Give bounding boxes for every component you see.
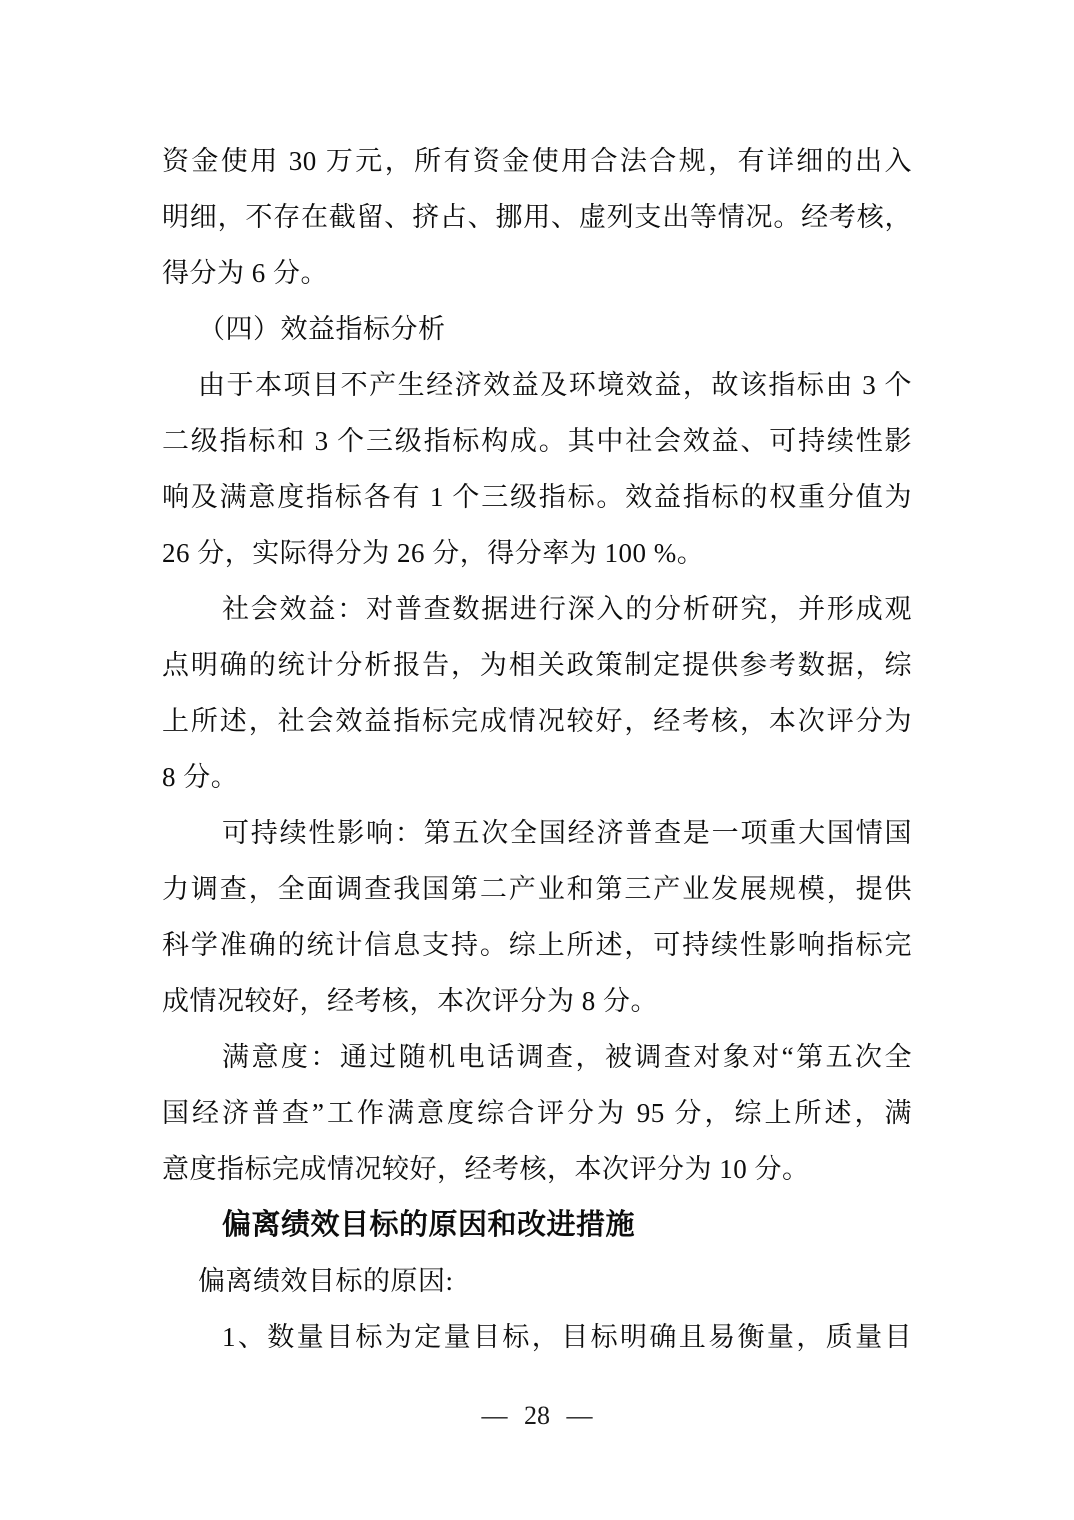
section-heading: （四）效益指标分析 <box>162 301 912 357</box>
body-line: 科学准确的统计信息支持。综上所述，可持续性影响指标完 <box>162 917 912 973</box>
body-line: 可持续性影响：第五次全国经济普查是一项重大国情国 <box>162 805 912 861</box>
body-line: 响及满意度指标各有 1 个三级指标。效益指标的权重分值为 <box>162 469 912 525</box>
body-line: 得分为 6 分。 <box>162 245 912 301</box>
subsection-label: 偏离绩效目标的原因: <box>162 1253 912 1309</box>
body-line: 点明确的统计分析报告，为相关政策制定提供参考数据，综 <box>162 637 912 693</box>
body-line: 社会效益：对普查数据进行深入的分析研究，并形成观 <box>162 581 912 637</box>
chapter-heading: 偏离绩效目标的原因和改进措施 <box>162 1197 912 1253</box>
body-line: 满意度：通过随机电话调查，被调查对象对“第五次全 <box>162 1029 912 1085</box>
body-line: 资金使用 30 万元，所有资金使用合法合规，有详细的出入 <box>162 133 912 189</box>
list-item: 1、数量目标为定量目标，目标明确且易衡量，质量目 <box>162 1309 912 1365</box>
body-line: 由于本项目不产生经济效益及环境效益，故该指标由 3 个 <box>162 357 912 413</box>
body-line: 8 分。 <box>162 749 912 805</box>
body-line: 国经济普查”工作满意度综合评分为 95 分，综上所述，满 <box>162 1085 912 1141</box>
body-line: 二级指标和 3 个三级指标构成。其中社会效益、可持续性影 <box>162 413 912 469</box>
body-line: 26 分，实际得分为 26 分，得分率为 100 %。 <box>162 525 912 581</box>
page-body-text: 资金使用 30 万元，所有资金使用合法合规，有详细的出入 明细，不存在截留、挤占… <box>162 133 912 1365</box>
body-line: 上所述，社会效益指标完成情况较好，经考核，本次评分为 <box>162 693 912 749</box>
body-line: 成情况较好，经考核，本次评分为 8 分。 <box>162 973 912 1029</box>
body-line: 意度指标完成情况较好，经考核，本次评分为 10 分。 <box>162 1141 912 1197</box>
page-number: — 28 — <box>0 1398 1074 1434</box>
body-line: 力调查，全面调查我国第二产业和第三产业发展规模，提供 <box>162 861 912 917</box>
body-line: 明细，不存在截留、挤占、挪用、虚列支出等情况。经考核， <box>162 189 912 245</box>
document-page: 资金使用 30 万元，所有资金使用合法合规，有详细的出入 明细，不存在截留、挤占… <box>0 0 1074 1520</box>
